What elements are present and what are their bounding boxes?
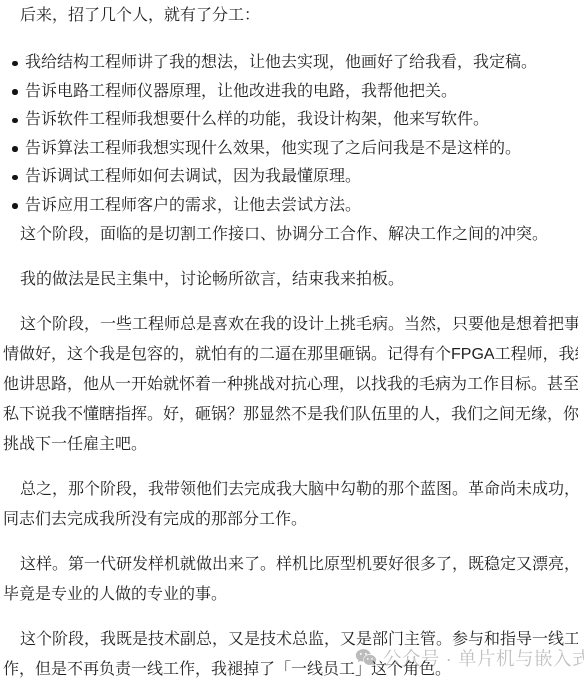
list-item: 我给结构工程师讲了我的想法，让他去实现，他画好了给我看，我定稿。 <box>3 49 578 78</box>
article-content: 后来，招了几个人，就有了分工： 我给结构工程师讲了我的想法，让他去实现，他画好了… <box>0 0 584 682</box>
paragraph-summary: 总之，那个阶段，我带领他们去完成我大脑中勾勒的那个蓝图。革命尚未成功， 同志们去… <box>3 475 578 535</box>
bullet-icon <box>12 89 18 95</box>
paragraph-text: 这个阶段，一些工程师总是喜欢在我的设计上挑毛病。当然，只要他是想着把事 <box>3 310 578 340</box>
bullet-icon <box>12 61 18 67</box>
paragraph-text: 私下说我不懂瞎指挥。好，砸锅？那显然不是我们队伍里的人，我们之间无缘，你去 <box>3 400 578 430</box>
paragraph-text: 毕竟是专业的人做的专业的事。 <box>3 580 578 610</box>
list-item: 告诉调试工程师如何去调试，因为我最懂原理。 <box>3 163 578 192</box>
list-item: 告诉应用工程师客户的需求，让他去尝试方法。 <box>3 192 578 221</box>
paragraph-text: 后来，招了几个人，就有了分工： <box>3 1 578 31</box>
list-item-text: 告诉调试工程师如何去调试，因为我最懂原理。 <box>25 168 361 185</box>
paragraph-stage-summary: 这个阶段，面临的是切割工作接口、协调分工合作、解决工作之间的冲突。 <box>3 220 578 250</box>
list-item: 告诉软件工程师我想要什么样的功能，我设计构架，他来写软件。 <box>3 106 578 135</box>
paragraph-text: 这样。第一代研发样机就做出来了。样机比原型机要好很多了，既稳定又漂亮， <box>3 550 578 580</box>
bullet-icon <box>12 203 18 209</box>
paragraph-text: 情做好，这个我是包容的，就怕有的二逼在那里砸锅。记得有个FPGA工程师，我给 <box>3 340 578 370</box>
division-of-labor-list: 我给结构工程师讲了我的想法，让他去实现，他画好了给我看，我定稿。 告诉电路工程师… <box>3 49 578 220</box>
paragraph-text: 作，但是不再负责一线工作，我褪掉了「一线员工」这个角色。 <box>3 655 578 682</box>
paragraph-role: 这个阶段，我既是技术副总，又是技术总监，又是部门主管。参与和指导一线工 作，但是… <box>3 625 578 682</box>
paragraph-text: 挑战下一任雇主吧。 <box>3 430 578 460</box>
bullet-icon <box>12 175 18 181</box>
bullet-icon <box>12 146 18 152</box>
bullet-icon <box>12 118 18 124</box>
article-page: { "article": { "intro": "后来，招了几个人，就有了分工：… <box>0 0 584 682</box>
list-item-text: 我给结构工程师讲了我的想法，让他去实现，他画好了给我看，我定稿。 <box>25 54 537 71</box>
list-item: 告诉算法工程师我想实现什么效果，他实现了之后问我是不是这样的。 <box>3 135 578 164</box>
paragraph-fpga-story: 这个阶段，一些工程师总是喜欢在我的设计上挑毛病。当然，只要他是想着把事 情做好，… <box>3 310 578 460</box>
paragraph-text: 我的做法是民主集中，讨论畅所欲言，结束我来拍板。 <box>3 265 578 295</box>
paragraph-text: 同志们去完成我所没有完成的那部分工作。 <box>3 505 578 535</box>
list-item-text: 告诉应用工程师客户的需求，让他去尝试方法。 <box>25 197 361 214</box>
paragraph-intro: 后来，招了几个人，就有了分工： <box>3 1 578 31</box>
paragraph-prototype: 这样。第一代研发样机就做出来了。样机比原型机要好很多了，既稳定又漂亮， 毕竟是专… <box>3 550 578 610</box>
paragraph-text: 这个阶段，我既是技术副总，又是技术总监，又是部门主管。参与和指导一线工 <box>3 625 578 655</box>
paragraph-approach: 我的做法是民主集中，讨论畅所欲言，结束我来拍板。 <box>3 265 578 295</box>
list-item-text: 告诉电路工程师仪器原理，让他改进我的电路，我帮他把关。 <box>25 83 457 100</box>
list-item-text: 告诉算法工程师我想实现什么效果，他实现了之后问我是不是这样的。 <box>25 140 521 157</box>
paragraph-text: 他讲思路，他从一开始就怀着一种挑战对抗心理，以找我的毛病为工作目标。甚至在 <box>3 370 578 400</box>
paragraph-text: 这个阶段，面临的是切割工作接口、协调分工合作、解决工作之间的冲突。 <box>3 220 578 250</box>
list-item: 告诉电路工程师仪器原理，让他改进我的电路，我帮他把关。 <box>3 78 578 107</box>
list-item-text: 告诉软件工程师我想要什么样的功能，我设计构架，他来写软件。 <box>25 111 489 128</box>
paragraph-text: 总之，那个阶段，我带领他们去完成我大脑中勾勒的那个蓝图。革命尚未成功， <box>3 475 578 505</box>
